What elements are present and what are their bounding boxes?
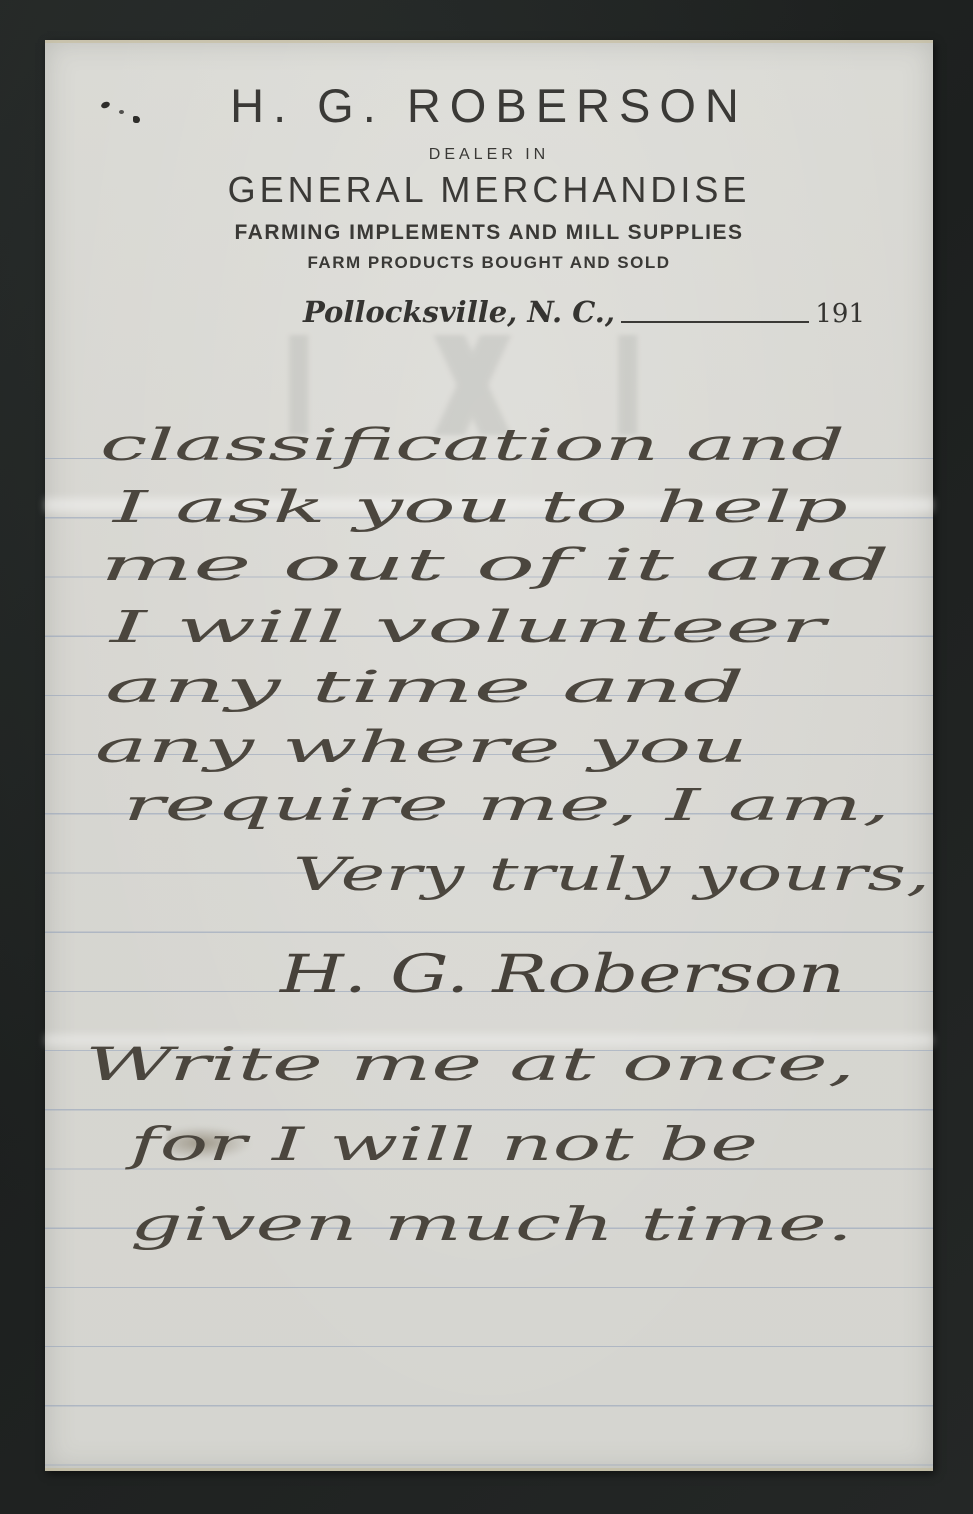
- letter-page: H. G. ROBERSON DEALER IN GENERAL MERCHAN…: [45, 40, 933, 1471]
- handwriting-line: I will volunteer: [108, 602, 831, 653]
- signature: H. G. Roberson: [279, 945, 845, 1005]
- handwriting-postscript-line: Write me at once,: [85, 1037, 855, 1091]
- handwriting-line: I ask you to help: [111, 482, 848, 533]
- handwriting-line: any where you: [95, 722, 748, 773]
- handwriting-closing: Very truly yours,: [293, 847, 930, 901]
- scan-mat-background: H. G. ROBERSON DEALER IN GENERAL MERCHAN…: [0, 0, 973, 1514]
- handwriting-layer: classification and I ask you to help me …: [45, 40, 933, 1471]
- handwriting-postscript-line: given much time.: [130, 1197, 853, 1251]
- handwriting-line: any time and: [105, 662, 745, 713]
- handwriting-line: me out of it and: [100, 540, 890, 591]
- handwriting-line: classification and: [100, 420, 845, 471]
- handwriting-line: require me, I am,: [123, 780, 890, 831]
- handwriting-postscript-line: for I will not be: [125, 1117, 758, 1171]
